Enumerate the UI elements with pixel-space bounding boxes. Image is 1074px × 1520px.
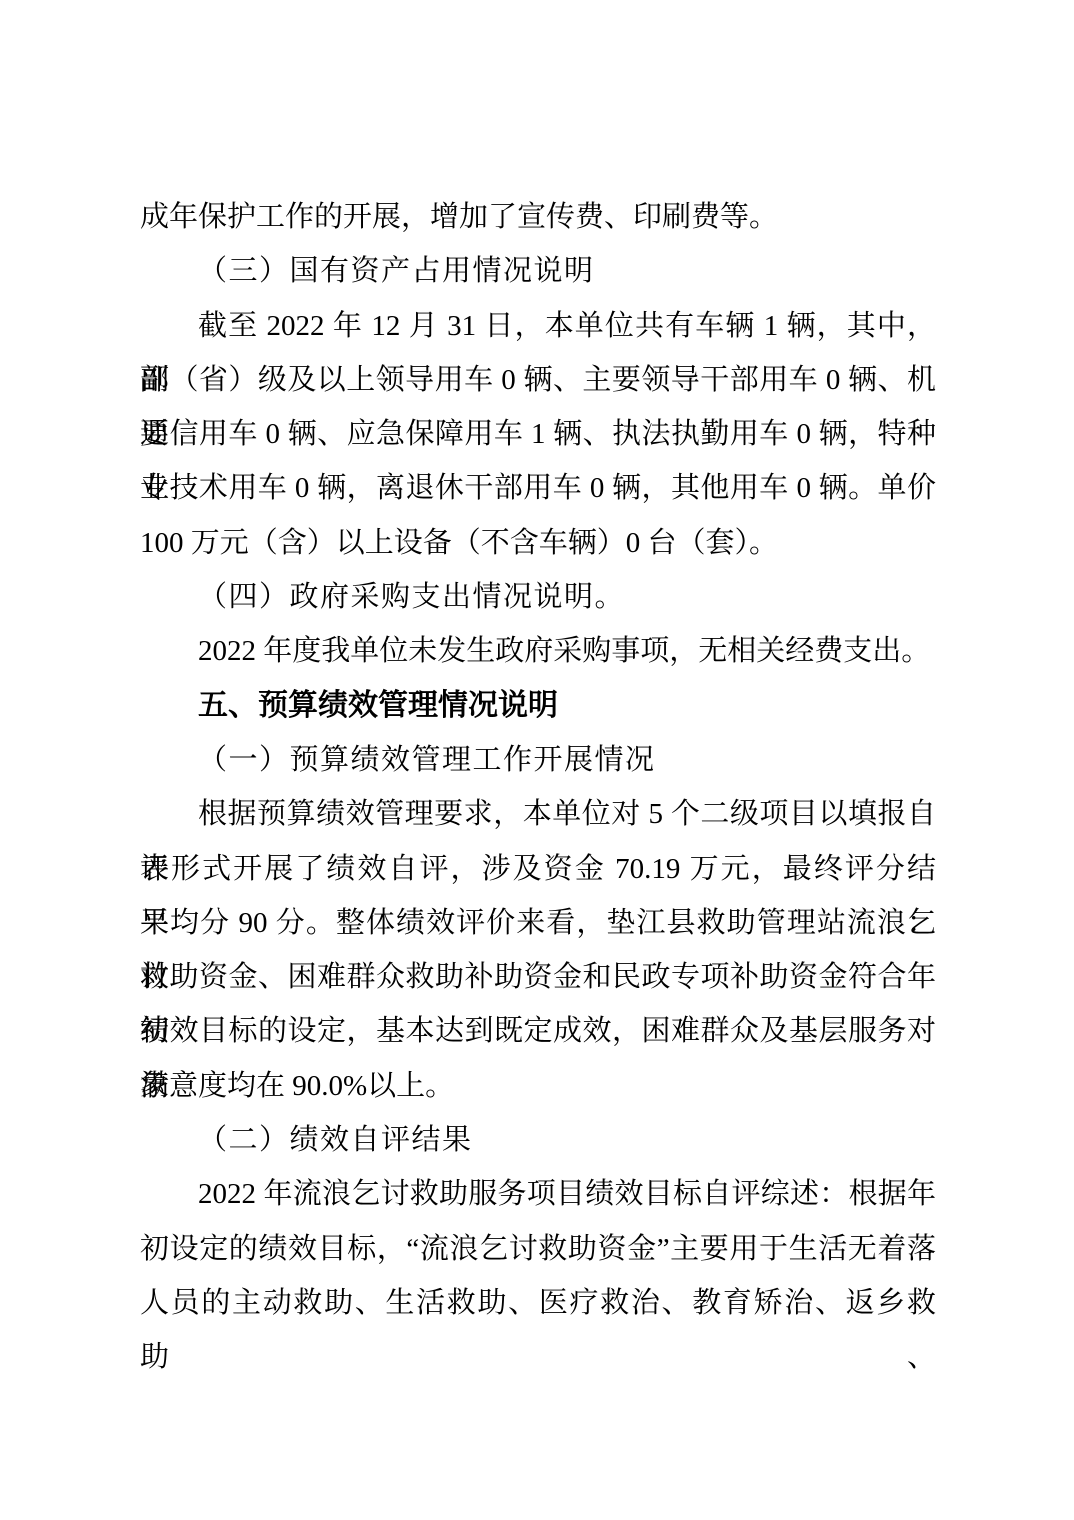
- text-line: 救助资金、困难群众救助补助资金和民政专项补助资金符合年初: [140, 950, 936, 1004]
- text-line: 100 万元（含）以上设备（不含车辆）0 台（套）。: [140, 516, 936, 570]
- text-line: 2022 年度我单位未发生政府采购事项，无相关经费支出。: [140, 624, 936, 678]
- text-line: 初设定的绩效目标，“流浪乞讨救助资金”主要用于生活无着落: [140, 1222, 936, 1276]
- section-heading-4-gov-procurement: （四）政府采购支出情况说明。: [140, 570, 936, 624]
- section-heading-3-state-assets: （三）国有资产占用情况说明: [140, 244, 936, 298]
- text-line: 人员的主动救助、生活救助、医疗救治、教育矫治、返乡救助、: [140, 1276, 936, 1330]
- text-line: 业技术用车 0 辆，离退休干部用车 0 辆，其他用车 0 辆。单价: [140, 461, 936, 515]
- document-page: 成年保护工作的开展，增加了宣传费、印刷费等。 （三）国有资产占用情况说明 截至 …: [0, 0, 1074, 1520]
- text-line: 根据预算绩效管理要求，本单位对 5 个二级项目以填报自评: [140, 787, 936, 841]
- chapter-heading-5-budget-performance: 五、预算绩效管理情况说明: [140, 679, 936, 733]
- text-line: 截至 2022 年 12 月 31 日，本单位共有车辆 1 辆，其中，副: [140, 299, 936, 353]
- text-line: 2022 年流浪乞讨救助服务项目绩效目标自评综述：根据年: [140, 1167, 936, 1221]
- text-line: 平均分 90 分。整体绩效评价来看，垫江县救助管理站流浪乞讨: [140, 896, 936, 950]
- section-heading-2-self-evaluation-results: （二）绩效自评结果: [140, 1113, 936, 1167]
- text-line: 满意度均在 90.0%以上。: [140, 1059, 936, 1113]
- text-line: 表形式开展了绩效自评，涉及资金 70.19 万元，最终评分结果：: [140, 842, 936, 896]
- text-line: 通信用车 0 辆、应急保障用车 1 辆、执法执勤用车 0 辆，特种专: [140, 407, 936, 461]
- text-line: 部（省）级及以上领导用车 0 辆、主要领导干部用车 0 辆、机要: [140, 353, 936, 407]
- paragraph-continuation-line: 成年保护工作的开展，增加了宣传费、印刷费等。: [140, 190, 936, 244]
- document-content: 成年保护工作的开展，增加了宣传费、印刷费等。 （三）国有资产占用情况说明 截至 …: [140, 190, 936, 1330]
- section-heading-1-performance-work: （一）预算绩效管理工作开展情况: [140, 733, 936, 787]
- text-line: 绩效目标的设定，基本达到既定成效，困难群众及基层服务对象: [140, 1004, 936, 1058]
